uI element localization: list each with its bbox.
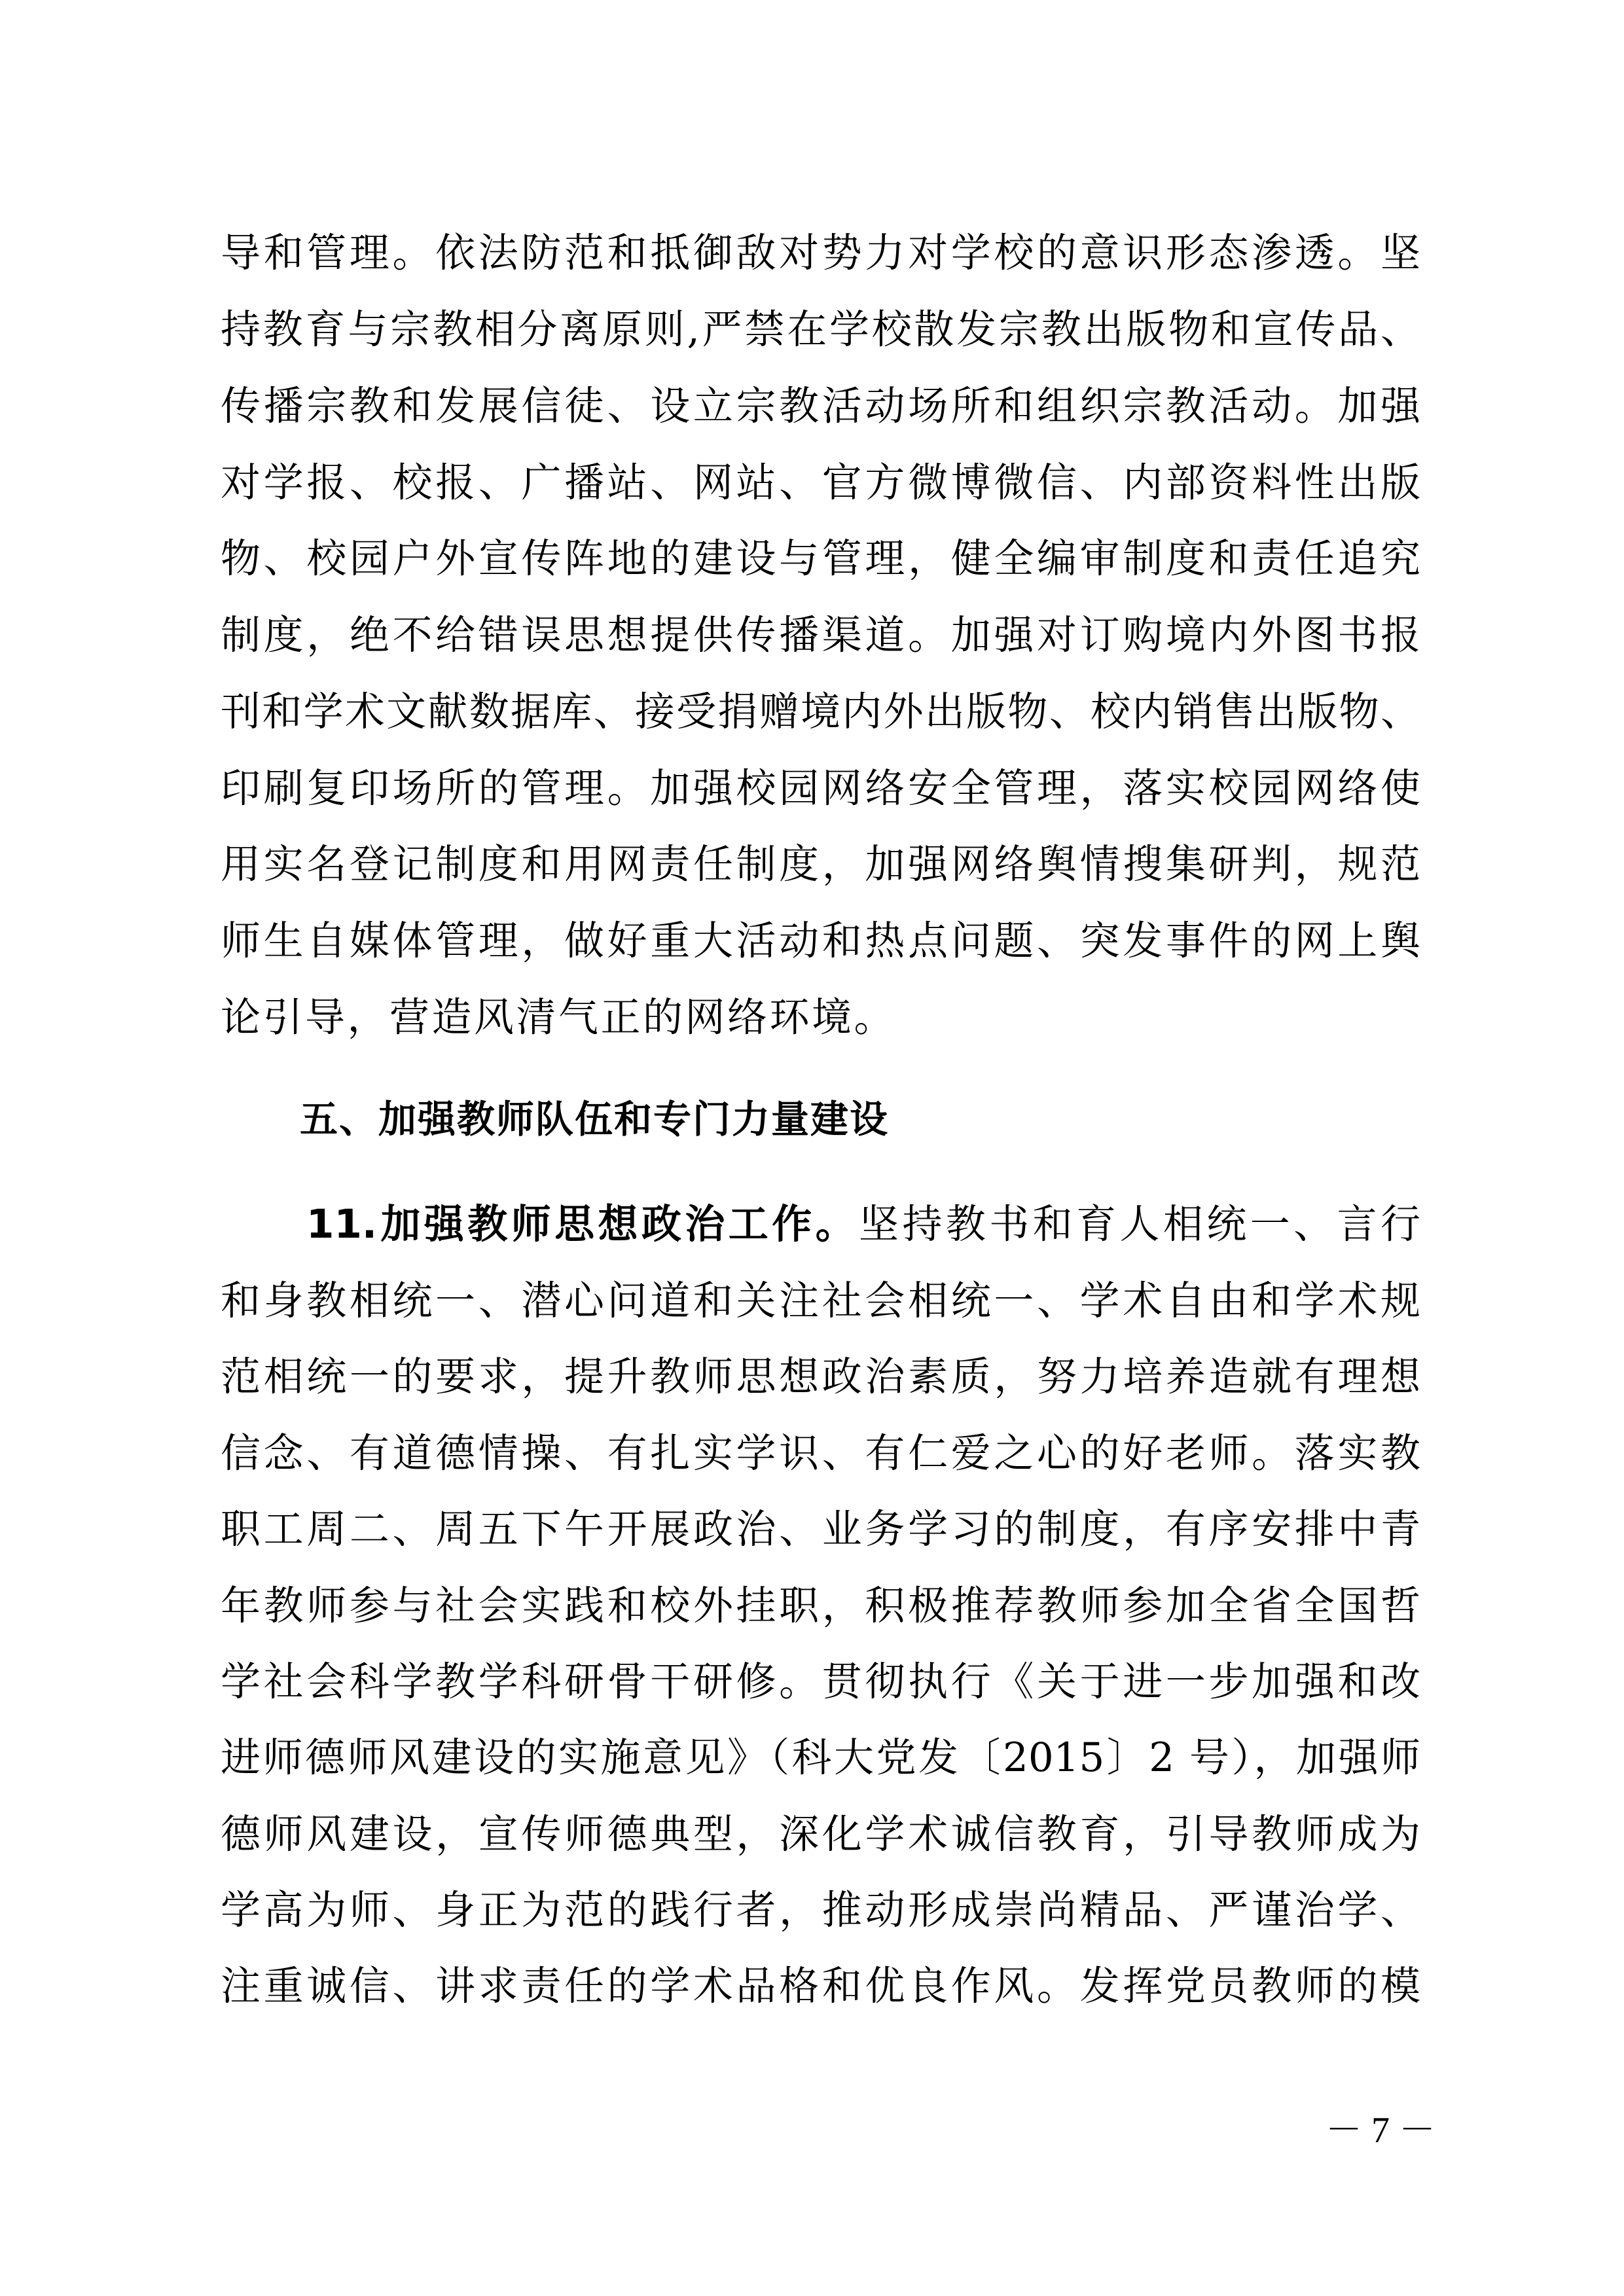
paragraph-line: 进师德师风建设的实施意见》（科大党发〔2015〕2 号），加强师 — [221, 1719, 1420, 1796]
section-heading: 五、加强教师队伍和专门力量建设 — [300, 1081, 889, 1158]
paragraph-line: 注重诚信、讲求责任的学术品格和优良作风。发挥党员教师的模 — [221, 1948, 1420, 2024]
paragraph-line: 传播宗教和发展信徒、设立宗教活动场所和组织宗教活动。加强 — [221, 368, 1420, 444]
paragraph-line: 持教育与宗教相分离原则,严禁在学校散发宗教出版物和宣传品、 — [221, 291, 1420, 368]
paragraph-line: 学社会科学教学科研骨干研修。贯彻执行《关于进一步加强和改 — [221, 1643, 1420, 1720]
paragraph-line: 用实名登记制度和用网责任制度，加强网络舆情搜集研判，规范 — [221, 826, 1420, 903]
paragraph-line: 范相统一的要求，提升教师思想政治素质，努力培养造就有理想 — [221, 1338, 1420, 1415]
paragraph-line: 制度，绝不给错误思想提供传播渠道。加强对订购境内外图书报 — [221, 597, 1420, 673]
paragraph-line: 德师风建设，宣传师德典型，深化学术诚信教育，引导教师成为 — [221, 1796, 1420, 1873]
paragraph-line: 物、校园户外宣传阵地的建设与管理，健全编审制度和责任追究 — [221, 520, 1420, 597]
paragraph-line-last: 论引导，营造风清气正的网络环境。 — [221, 979, 1420, 1056]
paragraph-line: 和身教相统一、潜心问道和关注社会相统一、学术自由和学术规 — [221, 1263, 1420, 1339]
paragraph-line: 印刷复印场所的管理。加强校园网络安全管理，落实校园网络使 — [221, 750, 1420, 827]
item-11-first-line-text: 坚持教书和育人相统一、言行 — [859, 1201, 1420, 1247]
page-number: － 7 － — [1326, 2104, 1424, 2157]
item-11-title: 11.加强教师思想政治工作。 — [306, 1201, 859, 1247]
paragraph-line: 年教师参与社会实践和校外挂职，积极推荐教师参加全省全国哲 — [221, 1568, 1420, 1644]
item-11-first-line: 11.加强教师思想政治工作。坚持教书和育人相统一、言行 — [306, 1186, 1420, 1263]
paragraph-line: 导和管理。依法防范和抵御敌对势力对学校的意识形态渗透。坚 — [221, 215, 1420, 291]
paragraph-line: 职工周二、周五下午开展政治、业务学习的制度，有序安排中青 — [221, 1491, 1420, 1568]
paragraph-line: 信念、有道德情操、有扎实学识、有仁爱之心的好老师。落实教 — [221, 1415, 1420, 1492]
paragraph-line: 刊和学术文献数据库、接受捐赠境内外出版物、校内销售出版物、 — [221, 673, 1420, 750]
paragraph-line: 师生自媒体管理，做好重大活动和热点问题、突发事件的网上舆 — [221, 903, 1420, 979]
paragraph-line: 学高为师、身正为范的践行者，推动形成崇尚精品、严谨治学、 — [221, 1872, 1420, 1948]
paragraph-line: 对学报、校报、广播站、网站、官方微博微信、内部资料性出版 — [221, 444, 1420, 521]
document-page: 导和管理。依法防范和抵御敌对势力对学校的意识形态渗透。坚 持教育与宗教相分离原则… — [0, 0, 1624, 2296]
